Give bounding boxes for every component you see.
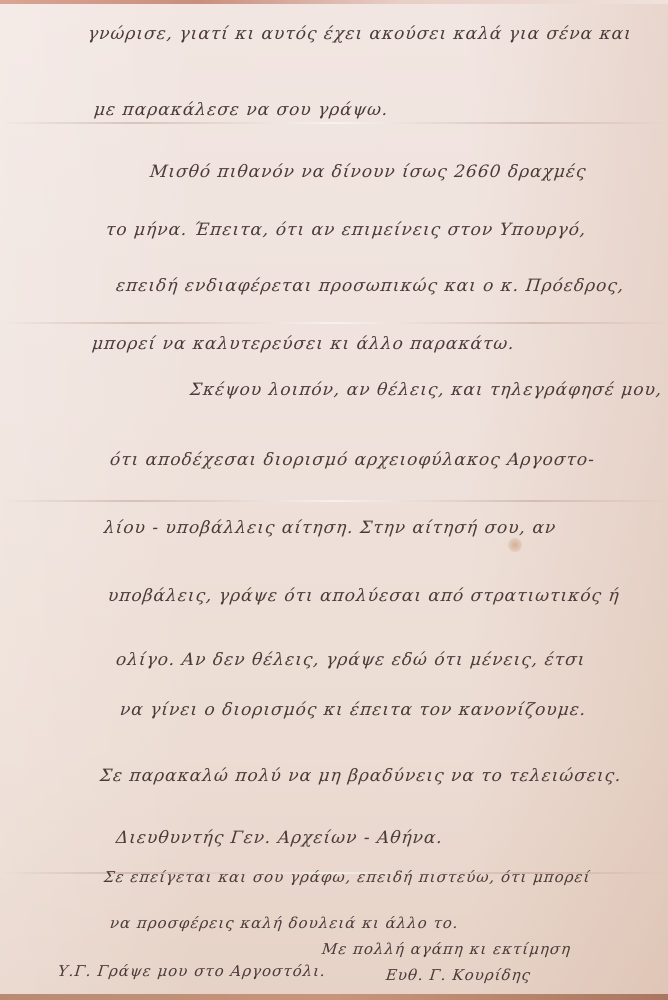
letter-line-5: επειδή ενδιαφέρεται προσωπικώς και ο κ. … bbox=[115, 276, 625, 296]
postscript: Υ.Γ. Γράψε μου στο Αργοστόλι. bbox=[57, 962, 327, 980]
paper-fold bbox=[0, 122, 668, 124]
letter-line-9: λίου - υποβάλλεις αίτηση. Στην αίτησή σο… bbox=[103, 518, 557, 538]
letter-line-11: ολίγο. Αν δεν θέλεις, γράψε εδώ ότι μένε… bbox=[115, 650, 587, 670]
letter-line-8: ότι αποδέχεσαι διορισμό αρχειοφύλακος Αρ… bbox=[109, 450, 596, 470]
paper-top-edge bbox=[0, 0, 668, 4]
letter-line-2: με παρακάλεσε να σου γράψω. bbox=[93, 100, 389, 120]
signature: Ευθ. Γ. Κουρίδης bbox=[385, 966, 532, 984]
letter-page: γνώρισε, γιατί κι αυτός έχει ακούσει καλ… bbox=[0, 0, 668, 1000]
letter-line-12: να γίνει ο διορισμός κι έπειτα τον κανον… bbox=[119, 700, 587, 720]
ink-stain bbox=[508, 538, 522, 552]
paper-fold bbox=[0, 500, 668, 502]
letter-line-4: το μήνα. Έπειτα, ότι αν επιμείνεις στον … bbox=[105, 220, 587, 240]
letter-line-10: υποβάλεις, γράψε ότι απολύεσαι από στρατ… bbox=[107, 586, 621, 606]
letter-line-16: να προσφέρεις καλή δουλειά κι άλλο το. bbox=[109, 914, 460, 932]
paper-fold bbox=[0, 322, 668, 324]
letter-line-3: Μισθό πιθανόν να δίνουν ίσως 2660 δραχμέ… bbox=[149, 162, 588, 182]
letter-line-1: γνώρισε, γιατί κι αυτός έχει ακούσει καλ… bbox=[87, 24, 633, 44]
letter-line-7: Σκέψου λοιπόν, αν θέλεις, και τηλεγράφησ… bbox=[189, 380, 663, 400]
letter-line-15: Σε επείγεται και σου γράφω, επειδή πιστε… bbox=[103, 868, 591, 886]
paper-bottom-edge bbox=[0, 994, 668, 1000]
letter-line-13: Σε παρακαλώ πολύ να μη βραδύνεις να το τ… bbox=[99, 766, 623, 786]
letter-line-6: μπορεί να καλυτερεύσει κι άλλο παρακάτω. bbox=[91, 334, 516, 354]
closing-line: Με πολλή αγάπη κι εκτίμηση bbox=[321, 940, 572, 958]
letter-line-14: Διευθυντής Γεν. Αρχείων - Αθήνα. bbox=[115, 828, 444, 848]
